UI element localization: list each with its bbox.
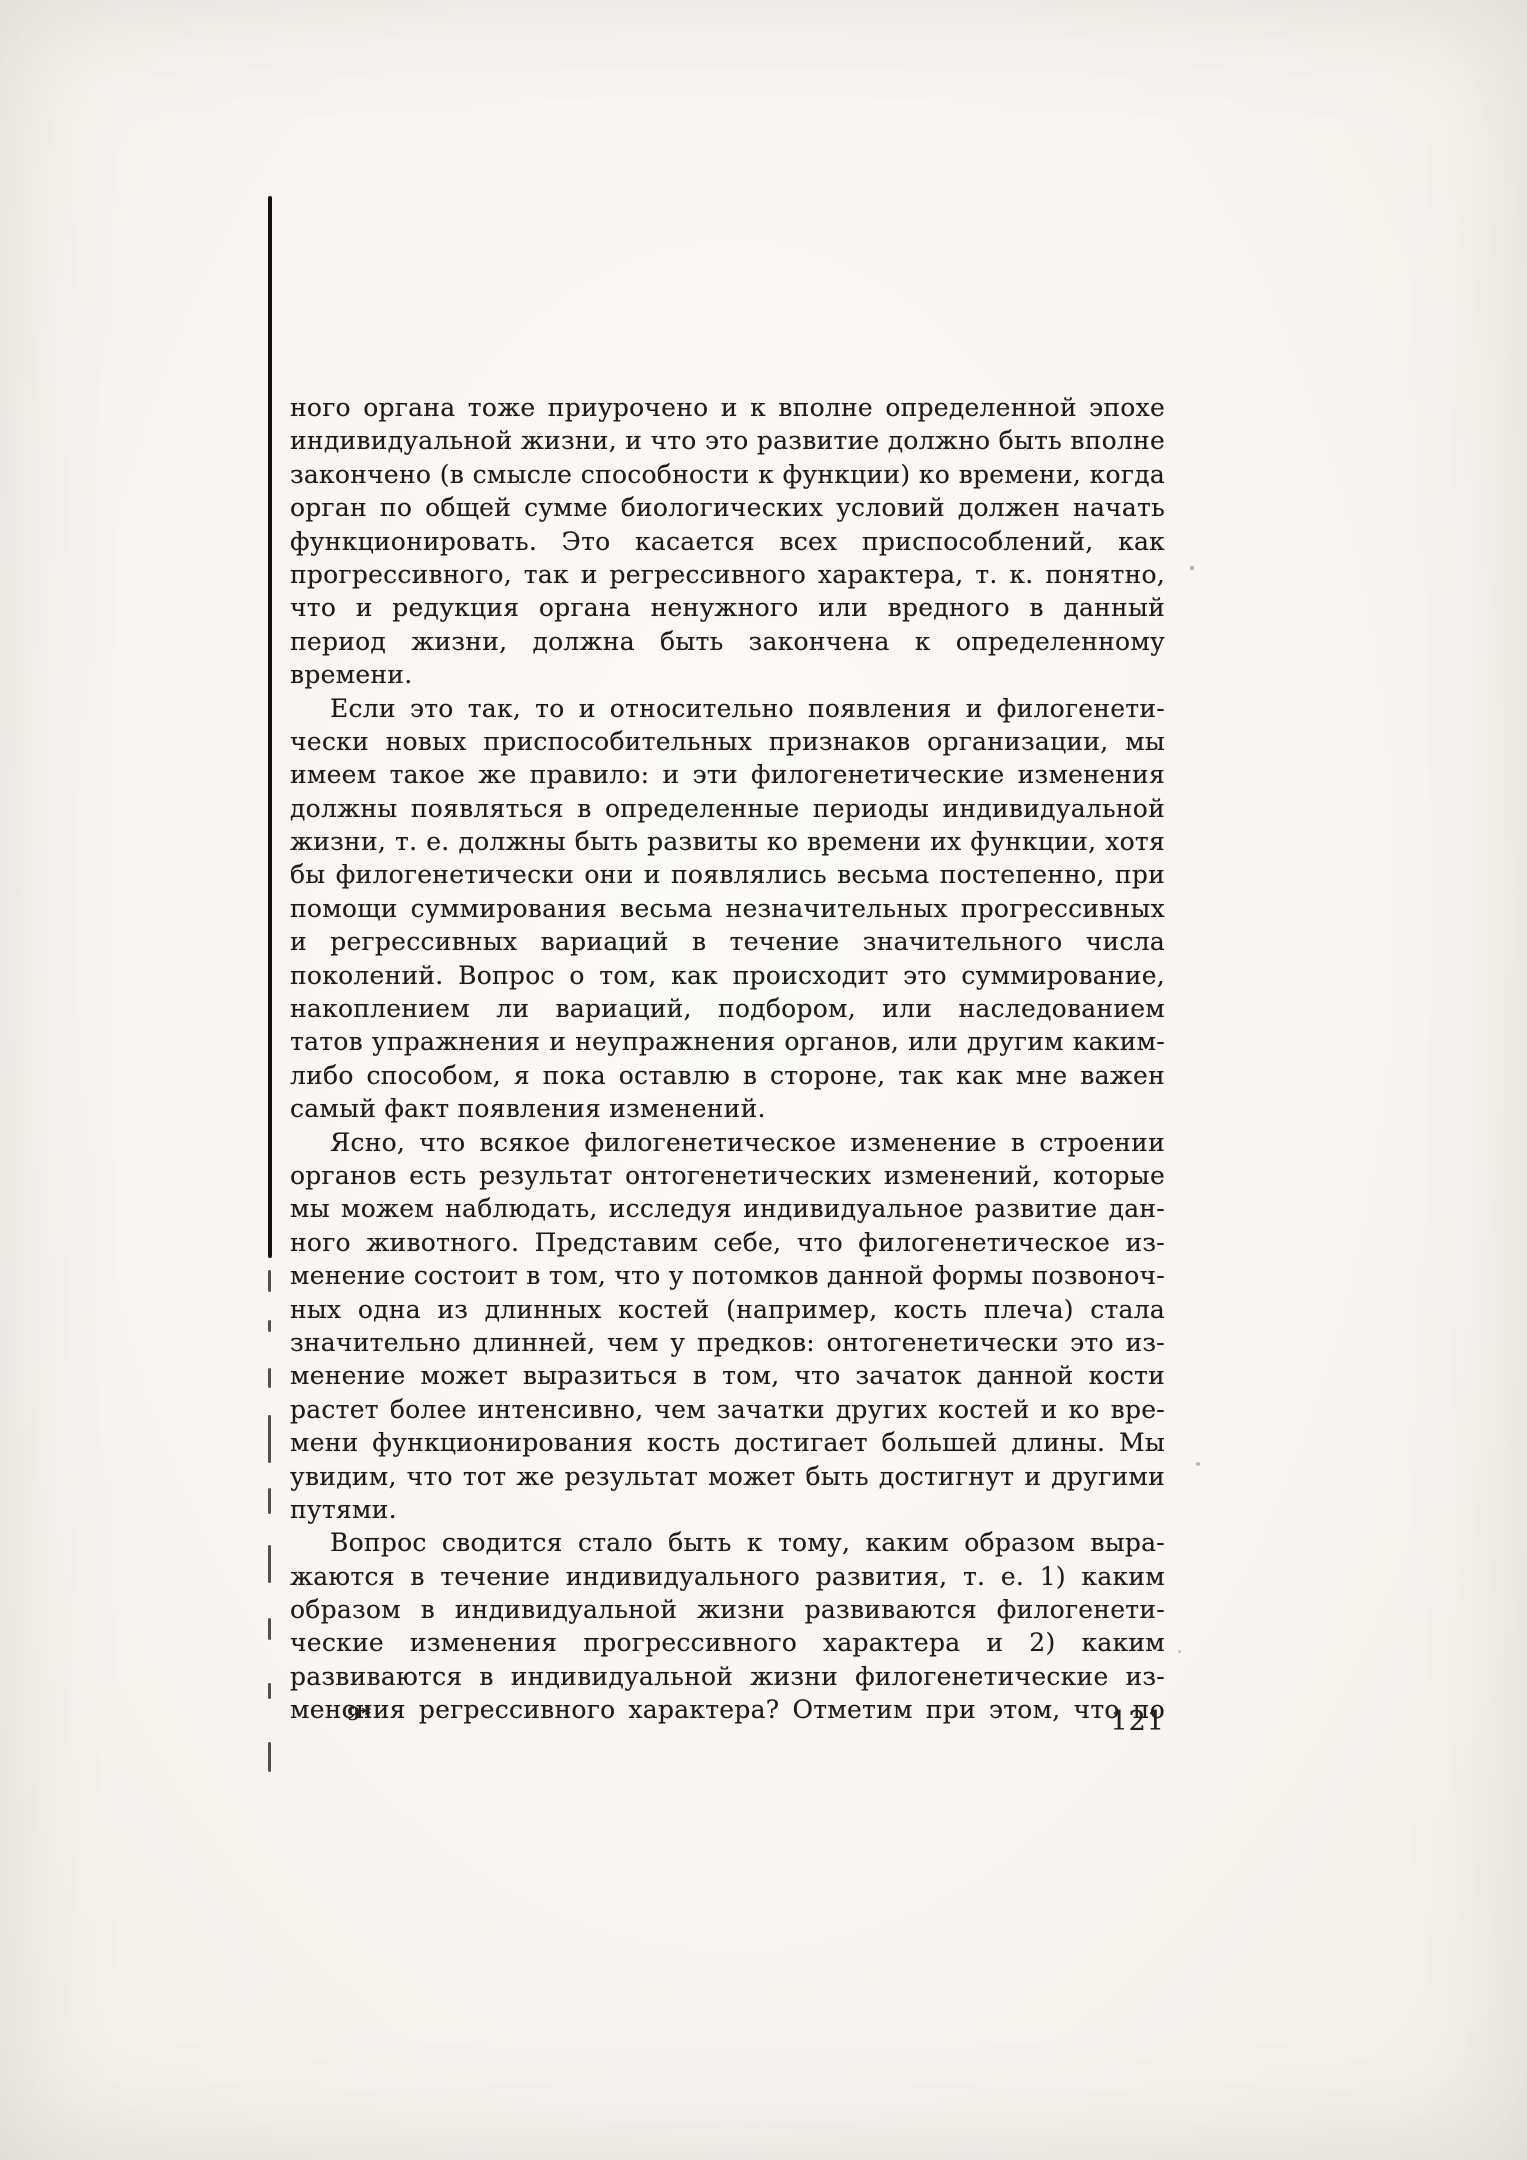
text-line: жизни, т. е. должны быть развиты ко врем… [290, 825, 1165, 858]
text-line: Вопрос сводится стало быть к тому, каким… [290, 1526, 1165, 1559]
margin-rule-segment [268, 1368, 271, 1388]
margin-rule-segment [268, 1618, 271, 1640]
text-line: мы можем наблюдать, исследуя индивидуаль… [290, 1192, 1165, 1225]
page-number: 121 [290, 1706, 1165, 1737]
text-line: что и редукция органа ненужного или вред… [290, 591, 1165, 624]
text-line: период жизни, должна быть закончена к оп… [290, 625, 1165, 658]
margin-rule-segment [268, 1415, 271, 1463]
text-line: прогрессивного, так и регрессивного хара… [290, 558, 1165, 591]
text-line: татов упражнения и неупражнения органов,… [290, 1025, 1165, 1058]
text-line: бы филогенетически они и появлялись весь… [290, 858, 1165, 891]
text-line: поколений. Вопрос о том, как происходит … [290, 959, 1165, 992]
margin-rule-segment [268, 196, 272, 1258]
text-line: развиваются в индивидуальной жизни филог… [290, 1660, 1165, 1693]
text-line: закончено (в смысле способности к функци… [290, 458, 1165, 491]
book-page: ного органа тоже приурочено и к вполне о… [0, 0, 1527, 2160]
text-line: индивидуальной жизни, и что это развитие… [290, 424, 1165, 457]
text-line: ческие изменения прогрессивного характер… [290, 1626, 1165, 1659]
text-line: чески новых приспособительных признаков … [290, 725, 1165, 758]
scan-speck [1196, 1462, 1200, 1466]
text-line: растет более интенсивно, чем зачатки дру… [290, 1393, 1165, 1426]
scan-speck [1178, 1650, 1181, 1653]
text-line: функционировать. Это касается всех присп… [290, 525, 1165, 558]
margin-rule-segment [268, 1742, 271, 1772]
text-line: ного органа тоже приурочено и к вполне о… [290, 391, 1165, 424]
text-line: времени. [290, 658, 1165, 691]
text-line: либо способом, я пока оставлю в стороне,… [290, 1059, 1165, 1092]
margin-rule-segment [268, 1270, 271, 1292]
margin-rule-segment [268, 1683, 271, 1699]
text-line: накоплением ли вариаций, подбором, или н… [290, 992, 1165, 1025]
text-line: имеем такое же правило: и эти филогенети… [290, 758, 1165, 791]
text-line: жаются в течение индивидуального развити… [290, 1560, 1165, 1593]
text-line: ного животного. Представим себе, что фил… [290, 1226, 1165, 1259]
text-line: увидим, что тот же результат может быть … [290, 1460, 1165, 1493]
text-line: менение может выразиться в том, что зача… [290, 1359, 1165, 1392]
text-line: ных одна из длинных костей (например, ко… [290, 1293, 1165, 1326]
text-line: самый факт появления изменений. [290, 1092, 1165, 1125]
margin-rule-segment [268, 1488, 271, 1514]
text-line: орган по общей сумме биологических услов… [290, 491, 1165, 524]
text-line: менение состоит в том, что у потомков да… [290, 1259, 1165, 1292]
text-line: органов есть результат онтогенетических … [290, 1159, 1165, 1192]
text-line: должны появляться в определенные периоды… [290, 792, 1165, 825]
scan-speck [1190, 566, 1194, 570]
text-line: мени функционирования кость достигает бо… [290, 1426, 1165, 1459]
text-line: Ясно, что всякое филогенетическое измене… [290, 1126, 1165, 1159]
text-line: путями. [290, 1493, 1165, 1526]
text-line: образом в индивидуальной жизни развивают… [290, 1593, 1165, 1626]
margin-rule-segment [268, 1320, 271, 1332]
page-text-block: ного органа тоже приурочено и к вполне о… [290, 391, 1165, 1727]
text-line: значительно длинней, чем у предков: онто… [290, 1326, 1165, 1359]
text-line: Если это так, то и относительно появлени… [290, 692, 1165, 725]
text-line: помощи суммирования весьма незначительны… [290, 892, 1165, 925]
margin-rule-segment [268, 1545, 271, 1583]
text-line: и регрессивных вариаций в течение значит… [290, 925, 1165, 958]
